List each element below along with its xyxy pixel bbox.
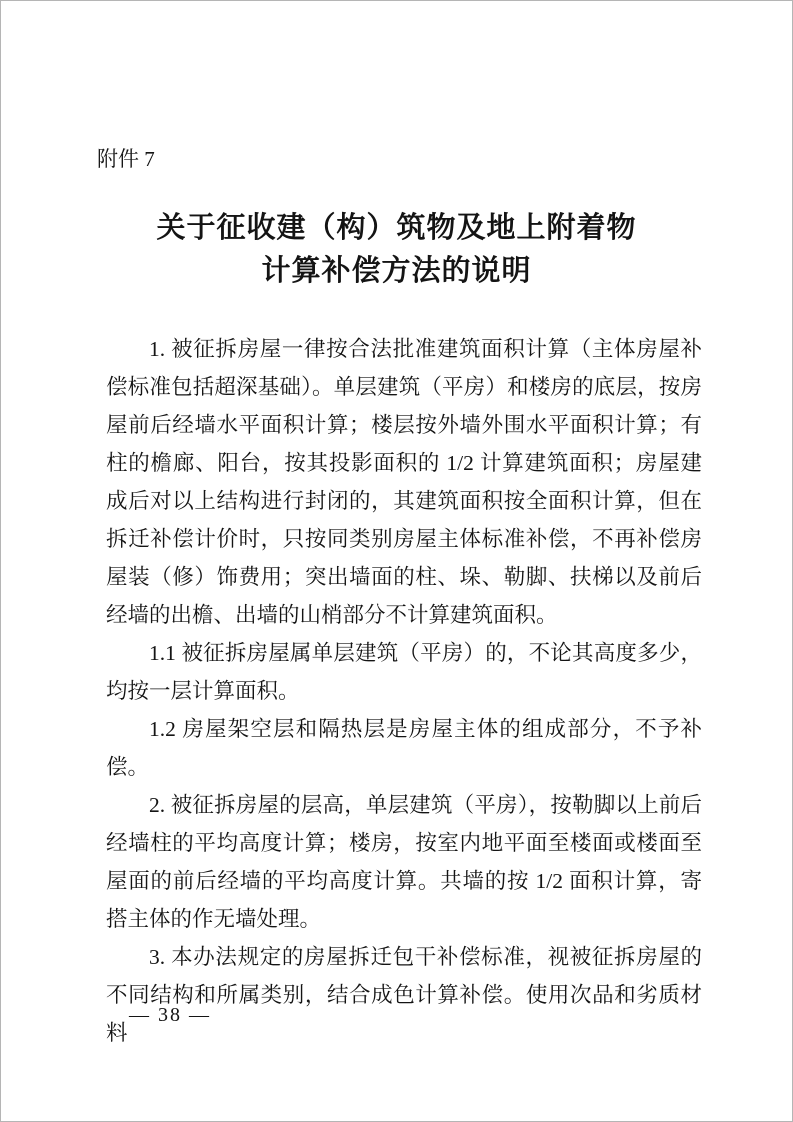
title-line-2: 计算补偿方法的说明 [1,250,792,293]
page-number: — 38 — [129,1001,211,1029]
paragraph-1-2: 1.2 房屋架空层和隔热层是房屋主体的组成部分，不予补偿。 [106,710,702,786]
paragraph-2: 2. 被征拆房屋的层高，单层建筑（平房），按勒脚以上前后经墙柱的平均高度计算；楼… [106,786,702,938]
title-line-1: 关于征收建（构）筑物及地上附着物 [1,207,792,250]
document-title: 关于征收建（构）筑物及地上附着物 计算补偿方法的说明 [1,207,792,293]
paragraph-3: 3. 本办法规定的房屋拆迁包干补偿标准，视被征拆房屋的不同结构和所属类别，结合成… [106,938,702,1052]
paragraph-1: 1. 被征拆房屋一律按合法批准建筑面积计算（主体房屋补偿标准包括超深基础）。单层… [106,330,702,634]
document-page: 附件 7 关于征收建（构）筑物及地上附着物 计算补偿方法的说明 1. 被征拆房屋… [0,0,793,1122]
attachment-label: 附件 7 [97,145,155,173]
document-body: 1. 被征拆房屋一律按合法批准建筑面积计算（主体房屋补偿标准包括超深基础）。单层… [106,330,702,1052]
paragraph-1-1: 1.1 被征拆房屋属单层建筑（平房）的，不论其高度多少，均按一层计算面积。 [106,634,702,710]
